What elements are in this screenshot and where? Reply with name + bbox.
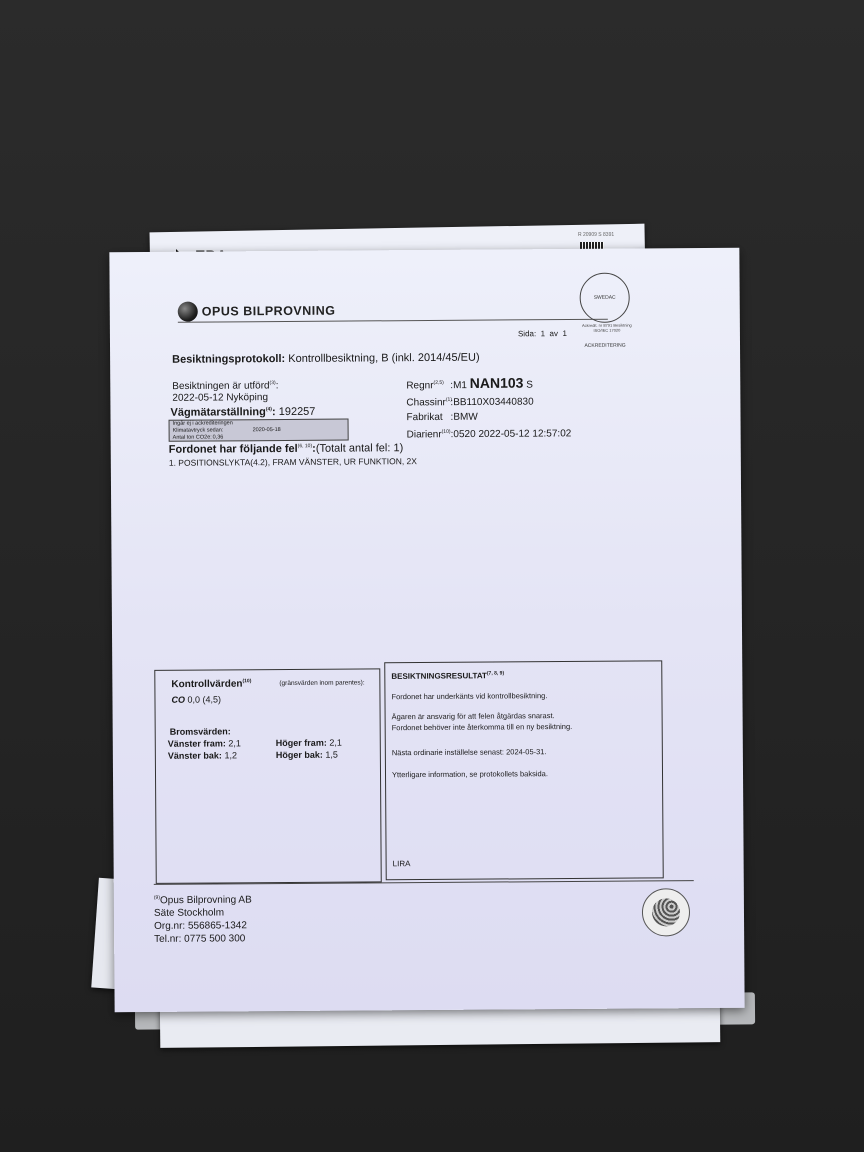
chassis-number: BB110X03440830 (453, 397, 534, 409)
faults-heading: Fordonet har följande fel(6, 10):(Totalt… (169, 442, 404, 456)
registration-number: NAN103 (470, 375, 524, 391)
brake-left-front: Vänster fram: 2,1 (168, 738, 241, 749)
co-value: CO 0,0 (4,5) (171, 694, 221, 704)
company-footer: (9)Opus Bilprovning AB Säte Stockholm Or… (154, 891, 252, 946)
brand-logo: OPUS BILPROVNING (178, 301, 336, 322)
control-values-title: Kontrollvärden(10) (171, 678, 251, 690)
inspection-date-place: 2022-05-12 Nyköping (172, 392, 278, 405)
odometer-reading: Vägmätarställning(4): 192257 (170, 406, 315, 419)
brake-right-front: Höger fram: 2,1 (276, 738, 342, 748)
opus-globe-icon (178, 302, 198, 322)
diary-number: 0520 2022-05-12 12:57:02 (453, 428, 571, 440)
climate-compensation-seal-icon (642, 888, 690, 936)
page-indicator: Sida: 1 av 1 (518, 329, 567, 338)
control-values-box: Kontrollvärden(10) (gränsvärden inom par… (154, 668, 381, 884)
brake-left-rear: Vänster bak: 1,2 (168, 750, 237, 760)
climate-footprint-box: Ingår ej i ackrediteringen Klimatavtryck… (169, 419, 349, 442)
background-sheet-code: R 20909 S 8391 (578, 232, 614, 238)
inspector-signature: LIRA (393, 859, 411, 868)
vehicle-make: BMW (453, 411, 478, 422)
result-title: BESIKTNINGSRESULTAT(7, 8, 9) (391, 670, 504, 680)
inspection-result-box: BESIKTNINGSRESULTAT(7, 8, 9) Fordonet ha… (384, 660, 664, 880)
vehicle-info: Regnr(2,5):M1 NAN103 S Chassinr(1):BB110… (406, 375, 571, 442)
brake-right-rear: Höger bak: 1,5 (276, 750, 338, 760)
fault-item: 1. POSITIONSLYKTA(4.2), FRAM VÄNSTER, UR… (169, 456, 417, 468)
document-title: Besiktningsprotokoll: Kontrollbesiktning… (172, 352, 480, 366)
accreditation-number: Ackredit. nr 8791 Besiktning ISO/IEC 170… (582, 323, 632, 333)
inspection-info: Besiktningen är utförd(3): 2022-05-12 Ny… (172, 377, 278, 405)
swedac-seal-icon: SWEDAC ACKREDITERING (580, 273, 630, 323)
inspection-protocol-page: OPUS BILPROVNING SWEDAC ACKREDITERING Ac… (109, 248, 744, 1012)
